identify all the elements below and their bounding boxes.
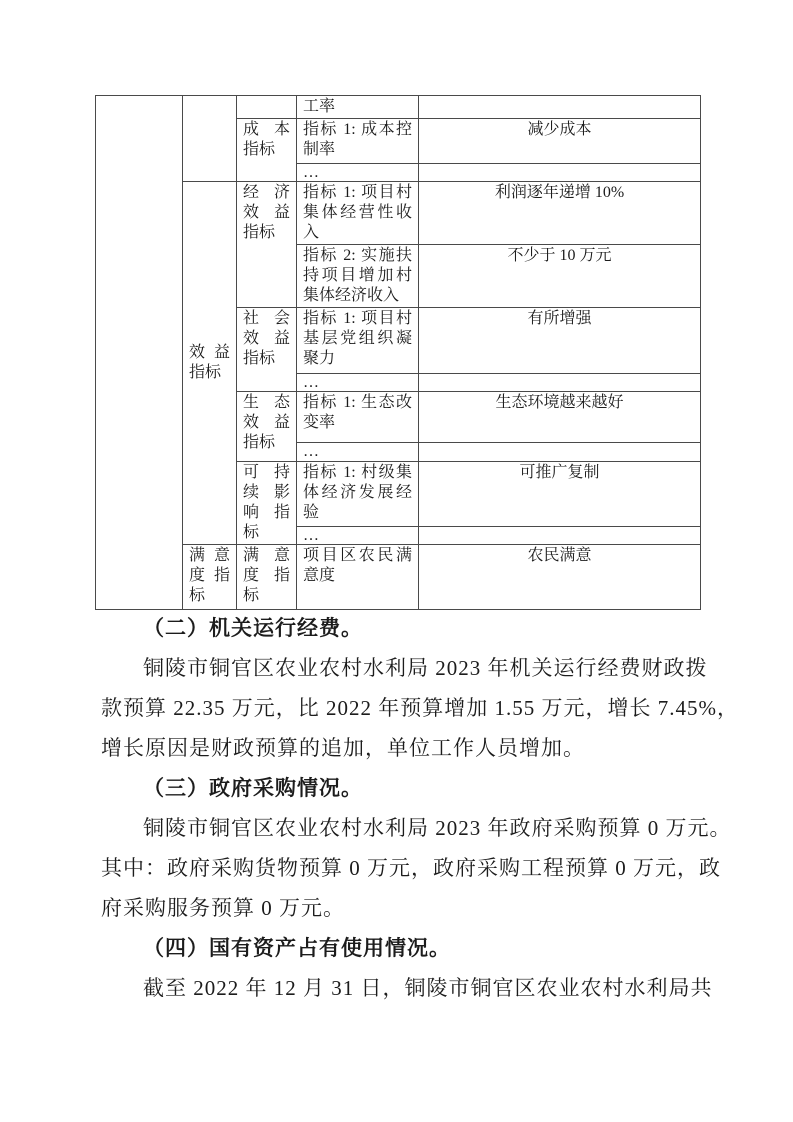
- document-page: 工率 成本指标 指标 1: 成本控制率 减少成本 … 效益指标 经济效益指标 指…: [0, 0, 793, 1122]
- body-text: （二）机关运行经费。 铜陵市铜官区农业农村水利局 2023 年机关运行经费财政拨…: [101, 608, 702, 1008]
- ellipsis-cell: …: [297, 374, 419, 392]
- table-cell-category-continuation: [183, 96, 237, 182]
- category-cell-benefit: 效益指标: [183, 182, 237, 545]
- paragraph-line: 截至 2022 年 12 月 31 日，铜陵市铜官区农业农村水利局共: [101, 968, 702, 1008]
- indicator-name-cell: 指标 1: 项目村基层党组织凝聚力: [297, 308, 419, 374]
- indicator-value-cell: [419, 443, 701, 462]
- indicator-name-cell: 指标 1: 村级集体经济发展经验: [297, 462, 419, 527]
- indicator-value-cell: [419, 164, 701, 182]
- paragraph-line: 铜陵市铜官区农业农村水利局 2023 年政府采购预算 0 万元。: [101, 808, 702, 848]
- indicator-value-cell: 利润逐年递增 10%: [419, 182, 701, 245]
- paragraph-line: 款预算 22.35 万元，比 2022 年预算增加 1.55 万元，增长 7.4…: [101, 688, 702, 728]
- table-cell-subcategory-continuation: [237, 96, 297, 119]
- table-row: 满意度指标 满意度指标 项目区农民满意度 农民满意: [96, 545, 701, 610]
- indicator-value-cell: [419, 96, 701, 119]
- section-heading-government-procurement: （三）政府采购情况。: [101, 768, 702, 808]
- indicator-name-cell: 指标 1: 成本控制率: [297, 119, 419, 164]
- performance-indicator-table: 工率 成本指标 指标 1: 成本控制率 减少成本 … 效益指标 经济效益指标 指…: [95, 95, 701, 610]
- subcategory-cell-economic: 经济效益指标: [237, 182, 297, 308]
- table-row: 效益指标 经济效益指标 指标 1: 项目村集体经营性收入 利润逐年递增 10%: [96, 182, 701, 245]
- subcategory-cell-ecological: 生态效益指标: [237, 392, 297, 462]
- ellipsis-cell: …: [297, 164, 419, 182]
- table-cell-left-continuation: [96, 96, 183, 610]
- paragraph-line: 府采购服务预算 0 万元。: [101, 888, 702, 928]
- paragraph-line: 其中：政府采购货物预算 0 万元，政府采购工程预算 0 万元，政: [101, 848, 702, 888]
- indicator-name-cell: 工率: [297, 96, 419, 119]
- subcategory-cell-satisfaction: 满意度指标: [237, 545, 297, 610]
- indicator-value-cell: [419, 526, 701, 544]
- subcategory-cell-social: 社会效益指标: [237, 308, 297, 392]
- indicator-value-cell: 不少于 10 万元: [419, 245, 701, 308]
- table-row: 工率: [96, 96, 701, 119]
- section-heading-agency-operating-funds: （二）机关运行经费。: [101, 608, 702, 648]
- indicator-name-cell: 指标 2: 实施扶持项目增加村集体经济收入: [297, 245, 419, 308]
- indicator-name-cell: 项目区农民满意度: [297, 545, 419, 610]
- indicator-name-cell: 指标 1: 生态改变率: [297, 392, 419, 443]
- paragraph-line: 增长原因是财政预算的追加，单位工作人员增加。: [101, 728, 702, 768]
- subcategory-cell-sustainable: 可持续影响指标: [237, 462, 297, 545]
- indicator-value-cell: 生态环境越来越好: [419, 392, 701, 443]
- indicator-value-cell: 农民满意: [419, 545, 701, 610]
- indicator-value-cell: [419, 374, 701, 392]
- section-heading-state-owned-assets: （四）国有资产占有使用情况。: [101, 928, 702, 968]
- subcategory-cell-cost: 成本指标: [237, 119, 297, 182]
- ellipsis-cell: …: [297, 526, 419, 544]
- paragraph-line: 铜陵市铜官区农业农村水利局 2023 年机关运行经费财政拨: [101, 648, 702, 688]
- indicator-value-cell: 减少成本: [419, 119, 701, 164]
- indicator-value-cell: 有所增强: [419, 308, 701, 374]
- ellipsis-cell: …: [297, 443, 419, 462]
- category-cell-satisfaction: 满意度指标: [183, 545, 237, 610]
- indicator-name-cell: 指标 1: 项目村集体经营性收入: [297, 182, 419, 245]
- indicator-value-cell: 可推广复制: [419, 462, 701, 527]
